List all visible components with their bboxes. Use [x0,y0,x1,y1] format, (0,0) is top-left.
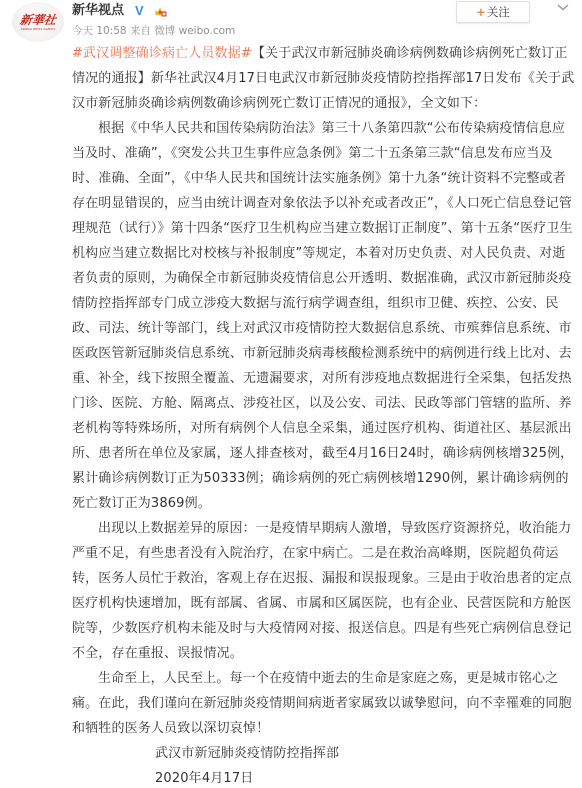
chevron-down-icon[interactable] [556,2,570,12]
post-time[interactable]: 今天 10:58 [72,25,127,37]
body-paragraph-1: 根据《中华人民共和国传染病防治法》第三十八条第四款“公布传染病疫情信息应当及时、… [72,116,577,516]
verified-v-icon: V [135,3,144,19]
intro-paragraph: #武汉调整确诊病亡人员数据#【关于武汉市新冠肺炎确诊病例数确诊病例死亡数订正情况… [72,41,577,116]
avatar-subtitle: XINHUA NEWS AGENCY [18,27,58,31]
plus-icon: + [476,5,486,19]
post-date: 2020年4月17日 [72,766,577,788]
post-meta: 今天 10:58 来自 微博 weibo.com [72,24,235,38]
post-content: #武汉调整确诊病亡人员数据#【关于武汉市新冠肺炎确诊病例数确诊病例死亡数订正情况… [72,41,577,788]
follow-button[interactable]: +关注 [456,1,530,23]
topic-link[interactable]: #武汉调整确诊病亡人员数据# [72,46,252,61]
avatar[interactable]: 新華社 XINHUA NEWS AGENCY [12,2,64,42]
author-name[interactable]: 新华视点 [72,3,124,19]
source-prefix: 来自 [130,25,151,37]
body-paragraph-2: 出现以上数据差异的原因：一是疫情早期病人激增，导致医疗资源挤兑，收治能力严重不足… [72,516,577,666]
crown-badge-icon [154,6,167,17]
avatar-logo: 新華社 [15,11,61,28]
post-source[interactable]: 微博 weibo.com [154,25,235,37]
follow-label: 关注 [487,5,510,19]
body-paragraph-3: 生命至上，人民至上。每一个在疫情中逝去的生命是家庭之殇，更是城市铭心之痛。在此，… [72,666,577,741]
signature: 武汉市新冠肺炎疫情防控指挥部 [72,741,577,766]
post-header: 新華社 XINHUA NEWS AGENCY 新华视点 V 今天 10:58 来… [0,0,582,40]
